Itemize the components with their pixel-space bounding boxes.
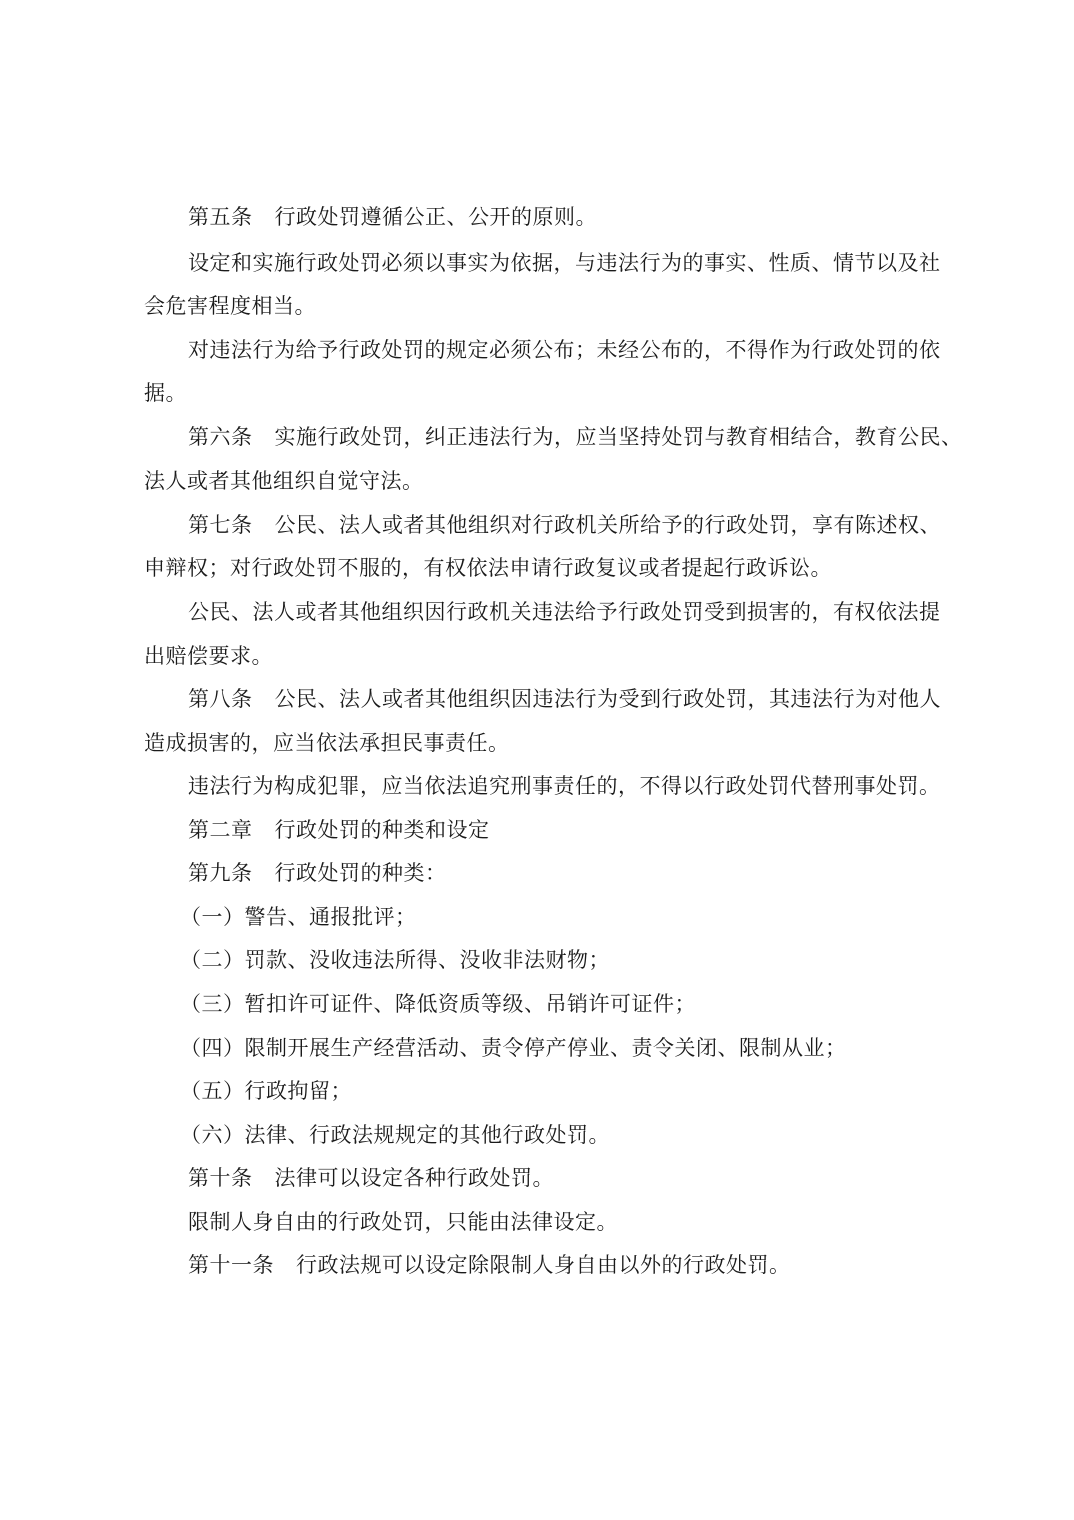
paragraph-text: 法律可以设定各种行政处罚。 bbox=[275, 1166, 555, 1190]
paragraph-text: 造成损害的，应当依法承担民事责任。 bbox=[144, 731, 510, 755]
paragraph-text: 设定和实施行政处罚必须以事实为依据，与违法行为的事实、性质、情节以及社 bbox=[188, 251, 941, 275]
article-heading: 第九条 bbox=[188, 861, 253, 885]
paragraph-line: 限制人身自由的行政处罚，只能由法律设定。 bbox=[188, 1207, 618, 1237]
paragraph-line: 对违法行为给予行政处罚的规定必须公布；未经公布的，不得作为行政处罚的依 bbox=[188, 335, 941, 365]
paragraph-text: 据。 bbox=[144, 381, 187, 405]
article-6-line: 第六条实施行政处罚，纠正违法行为，应当坚持处罚与教育相结合，教育公民、 bbox=[188, 422, 963, 452]
paragraph-text: 限制人身自由的行政处罚，只能由法律设定。 bbox=[188, 1210, 618, 1234]
list-item-text: （一）警告、通报批评； bbox=[180, 905, 417, 929]
paragraph-text: 公民、法人或者其他组织因违法行为受到行政处罚，其违法行为对他人 bbox=[275, 687, 942, 711]
chapter-2-heading: 第二章行政处罚的种类和设定 bbox=[188, 815, 490, 845]
article-heading: 第六条 bbox=[188, 425, 253, 449]
list-item-text: （五）行政拘留； bbox=[180, 1079, 352, 1103]
list-item: （一）警告、通报批评； bbox=[180, 902, 417, 932]
paragraph-text: 实施行政处罚，纠正违法行为，应当坚持处罚与教育相结合，教育公民、 bbox=[275, 425, 963, 449]
paragraph-text: 行政法规可以设定除限制人身自由以外的行政处罚。 bbox=[296, 1253, 791, 1277]
paragraph-text: 公民、法人或者其他组织因行政机关违法给予行政处罚受到损害的，有权依法提 bbox=[188, 600, 941, 624]
article-11-line: 第十一条行政法规可以设定除限制人身自由以外的行政处罚。 bbox=[188, 1250, 791, 1280]
article-heading: 第五条 bbox=[188, 205, 253, 229]
list-item: （六）法律、行政法规规定的其他行政处罚。 bbox=[180, 1120, 610, 1150]
paragraph-line: 出赔偿要求。 bbox=[144, 641, 273, 671]
chapter-title: 行政处罚的种类和设定 bbox=[275, 818, 490, 842]
paragraph-line: 法人或者其他组织自觉守法。 bbox=[144, 466, 424, 496]
paragraph-text: 违法行为构成犯罪，应当依法追究刑事责任的，不得以行政处罚代替刑事处罚。 bbox=[188, 774, 941, 798]
paragraph-line: 申辩权；对行政处罚不服的，有权依法申请行政复议或者提起行政诉讼。 bbox=[144, 553, 832, 583]
article-heading: 第十一条 bbox=[188, 1253, 274, 1277]
article-8-line: 第八条公民、法人或者其他组织因违法行为受到行政处罚，其违法行为对他人 bbox=[188, 684, 941, 714]
article-heading: 第八条 bbox=[188, 687, 253, 711]
document-page: 第五条行政处罚遵循公正、公开的原则。 设定和实施行政处罚必须以事实为依据，与违法… bbox=[0, 0, 1074, 1520]
list-item: （二）罚款、没收违法所得、没收非法财物； bbox=[180, 945, 610, 975]
list-item-text: （三）暂扣许可证件、降低资质等级、吊销许可证件； bbox=[180, 992, 696, 1016]
paragraph-line: 据。 bbox=[144, 378, 187, 408]
paragraph-text: 行政处罚的种类： bbox=[275, 861, 447, 885]
article-heading: 第七条 bbox=[188, 513, 253, 537]
article-5-line: 第五条行政处罚遵循公正、公开的原则。 bbox=[188, 202, 597, 232]
list-item-text: （四）限制开展生产经营活动、责令停产停业、责令关闭、限制从业； bbox=[180, 1036, 847, 1060]
list-item-text: （二）罚款、没收违法所得、没收非法财物； bbox=[180, 948, 610, 972]
list-item: （四）限制开展生产经营活动、责令停产停业、责令关闭、限制从业； bbox=[180, 1033, 847, 1063]
paragraph-text: 出赔偿要求。 bbox=[144, 644, 273, 668]
paragraph-text: 申辩权；对行政处罚不服的，有权依法申请行政复议或者提起行政诉讼。 bbox=[144, 556, 832, 580]
paragraph-line: 违法行为构成犯罪，应当依法追究刑事责任的，不得以行政处罚代替刑事处罚。 bbox=[188, 771, 941, 801]
paragraph-line: 公民、法人或者其他组织因行政机关违法给予行政处罚受到损害的，有权依法提 bbox=[188, 597, 941, 627]
list-item: （三）暂扣许可证件、降低资质等级、吊销许可证件； bbox=[180, 989, 696, 1019]
paragraph-text: 对违法行为给予行政处罚的规定必须公布；未经公布的，不得作为行政处罚的依 bbox=[188, 338, 941, 362]
list-item-text: （六）法律、行政法规规定的其他行政处罚。 bbox=[180, 1123, 610, 1147]
article-heading: 第十条 bbox=[188, 1166, 253, 1190]
paragraph-text: 法人或者其他组织自觉守法。 bbox=[144, 469, 424, 493]
paragraph-text: 公民、法人或者其他组织对行政机关所给予的行政处罚，享有陈述权、 bbox=[275, 513, 942, 537]
paragraph-line: 会危害程度相当。 bbox=[144, 291, 316, 321]
article-10-line: 第十条法律可以设定各种行政处罚。 bbox=[188, 1163, 554, 1193]
article-7-line: 第七条公民、法人或者其他组织对行政机关所给予的行政处罚，享有陈述权、 bbox=[188, 510, 941, 540]
paragraph-line: 造成损害的，应当依法承担民事责任。 bbox=[144, 728, 510, 758]
paragraph-text: 行政处罚遵循公正、公开的原则。 bbox=[275, 205, 598, 229]
paragraph-line: 设定和实施行政处罚必须以事实为依据，与违法行为的事实、性质、情节以及社 bbox=[188, 248, 941, 278]
paragraph-text: 会危害程度相当。 bbox=[144, 294, 316, 318]
chapter-heading: 第二章 bbox=[188, 818, 253, 842]
article-9-line: 第九条行政处罚的种类： bbox=[188, 858, 447, 888]
list-item: （五）行政拘留； bbox=[180, 1076, 352, 1106]
